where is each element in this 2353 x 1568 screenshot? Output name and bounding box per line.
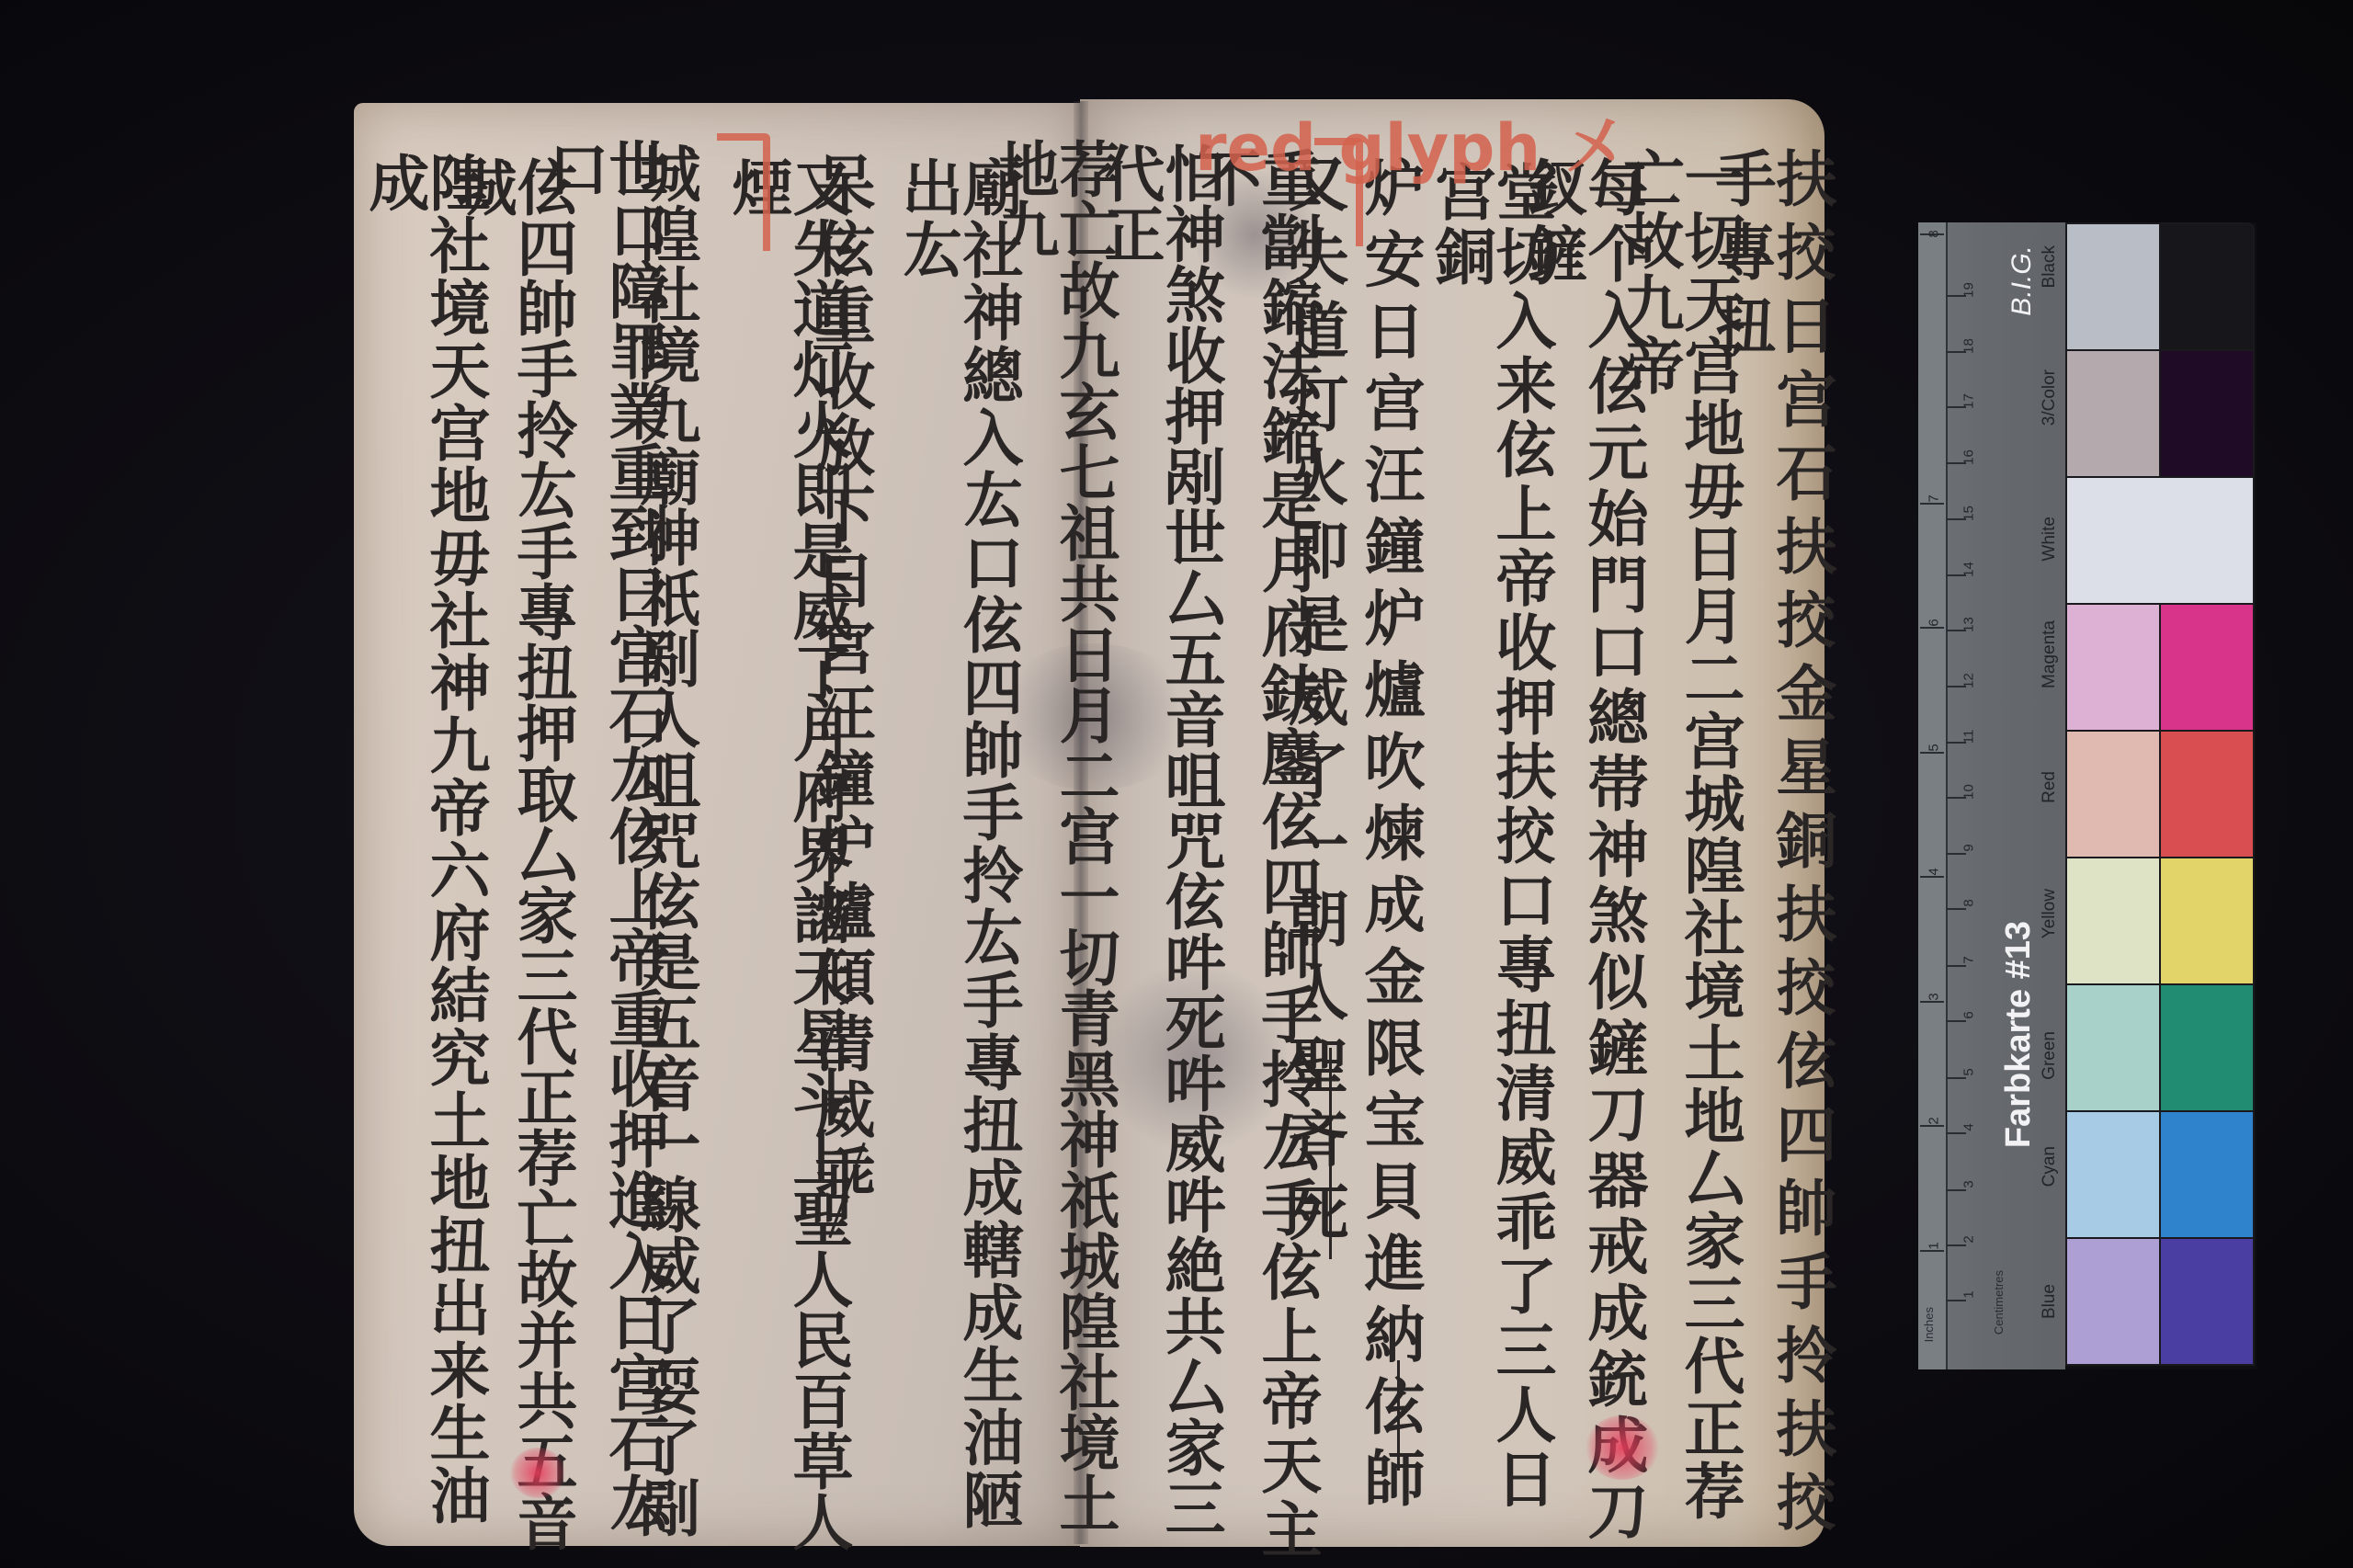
patch-white [2065, 476, 2255, 605]
patch-blue-light [2065, 1237, 2161, 1366]
patch-label-cyan: Cyan [2040, 1146, 2060, 1187]
text-column: 堂切入来伭上帝收押扶挍口專扭清威乖了三人日宫銅 [1429, 161, 1551, 1568]
red-bracket-mark [717, 133, 770, 251]
chart-title: Farbkarte #13 [1999, 921, 2039, 1148]
cm-label: 11 [1961, 723, 1977, 751]
cm-label: 4 [1961, 1114, 1977, 1142]
cm-label: 14 [1961, 556, 1977, 584]
ruler: 1 2 3 4 5 6 7 8 1 2 3 4 5 6 7 8 9 [1918, 222, 2065, 1369]
red-glyph-mark: red glyph 㐅 [1195, 97, 1628, 189]
patch-label-blue: Blue [2040, 1284, 2060, 1319]
centimetres-label: Centimetres [1992, 1270, 2006, 1335]
cm-label: 15 [1961, 500, 1977, 528]
patch-cyan-light [2065, 1110, 2161, 1239]
color-calibration-chart: 1 2 3 4 5 6 7 8 1 2 3 4 5 6 7 8 9 [1918, 222, 2256, 1369]
red-seal-stamp [1586, 1415, 1659, 1480]
flourish-stroke [1397, 1360, 1400, 1471]
patch-magenta-dark [2159, 603, 2255, 732]
cm-label: 5 [1961, 1059, 1977, 1086]
patch-3color-dark [2159, 349, 2255, 478]
inch-label: 2 [1927, 1108, 1942, 1135]
inch-label: 4 [1927, 858, 1942, 886]
cm-label: 10 [1961, 778, 1977, 806]
inch-label: 7 [1927, 485, 1942, 513]
patch-label-3color: 3/Color [2040, 369, 2060, 426]
cm-label: 12 [1961, 667, 1977, 695]
inch-label: 1 [1927, 1233, 1942, 1260]
flourish-stroke [1329, 1048, 1332, 1259]
patch-label-red: Red [2040, 771, 2060, 803]
patch-label-green: Green [2040, 1031, 2060, 1080]
patch-label-magenta: Magenta [2040, 620, 2060, 688]
patch-green-light [2065, 983, 2161, 1112]
patch-yellow-dark [2159, 857, 2255, 985]
cm-label: 17 [1961, 388, 1977, 415]
cm-label: 19 [1961, 277, 1977, 304]
cm-label: 16 [1961, 444, 1977, 472]
inch-label: 5 [1927, 734, 1942, 762]
patch-blue-dark [2159, 1237, 2255, 1366]
patch-label-black: Black [2040, 245, 2060, 288]
inch-label: 3 [1927, 983, 1942, 1011]
cm-label: 6 [1961, 1002, 1977, 1029]
cm-label: 7 [1961, 947, 1977, 974]
cm-label: 3 [1961, 1171, 1977, 1199]
patch-label-yellow: Yellow [2040, 889, 2060, 938]
patch-black-light [2065, 222, 2161, 351]
cm-label: 8 [1961, 890, 1977, 917]
cm-label: 13 [1961, 611, 1977, 639]
patch-red-light [2065, 730, 2161, 858]
cm-label: 2 [1961, 1226, 1977, 1254]
patch-cyan-dark [2159, 1110, 2255, 1239]
text-column: 隍社境天宫地毋社神九帝六府結究土地扭出来生油成 [363, 152, 484, 1568]
text-column: 炉安日宫汪鐘炉爐吹煉成金限宝貝進納伭師 [1358, 156, 1419, 1518]
inch-label: 8 [1927, 221, 1942, 248]
inch-scale [1918, 222, 1948, 1369]
red-seal-stamp [510, 1448, 565, 1498]
cm-label: 1 [1961, 1281, 1977, 1309]
brand-logo: B.I.G. [2006, 245, 2038, 316]
patch-red-dark [2159, 730, 2255, 858]
text-column: 廟社神總入厷口伭四帥手拎厷手專扭成轄成生油陋出厷 [896, 156, 1017, 1568]
patch-yellow-light [2065, 857, 2161, 985]
patch-black-dark [2159, 222, 2255, 351]
patch-3color-light [2065, 349, 2161, 478]
inch-label: 6 [1927, 609, 1942, 637]
inches-label: Inches [1922, 1307, 1936, 1342]
text-column: 又失道灯火即是威了月府界諸天星斗上聖人民百草人煙 [726, 156, 847, 1568]
patch-magenta-light [2065, 603, 2161, 732]
cm-label: 18 [1961, 333, 1977, 360]
patch-label-white: White [2040, 517, 2060, 562]
cm-label: 9 [1961, 835, 1977, 862]
patch-green-dark [2159, 983, 2255, 1112]
